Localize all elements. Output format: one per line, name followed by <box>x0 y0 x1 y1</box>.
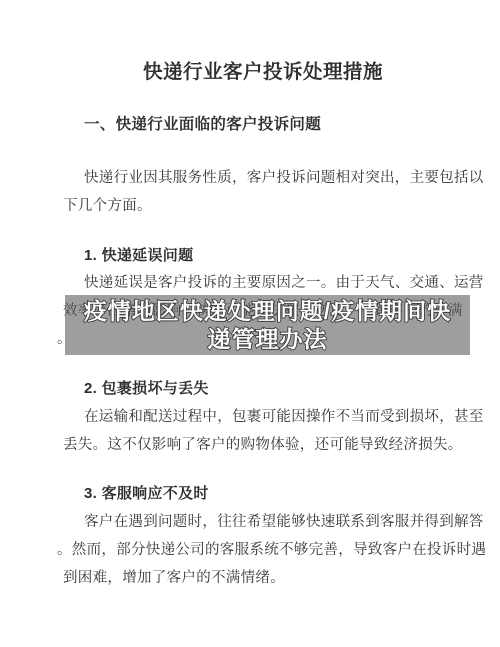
paragraph-line: 。然而，部分快递公司的客服系统不够完善，导致客户在投诉时遇 <box>57 536 471 564</box>
paragraph-line: 快递延误是客户投诉的主要原因之一。由于天气、交通、运营 <box>63 269 471 297</box>
intro-line-1: 快递行业因其服务性质，客户投诉问题相对突出，主要包括以 <box>63 164 471 192</box>
subsection-2-heading: 2. 包裹损坏与丢失 <box>84 376 209 402</box>
document-page: 快递行业客户投诉处理措施 一、快递行业面临的客户投诉问题 快递行业因其服务性质，… <box>0 0 500 647</box>
paragraph-line: 丢失。这不仅影响了客户的购物体验，还可能导致经济损失。 <box>63 431 471 459</box>
watermark-overlay: 疫情地区快递处理问题/疫情期间快 递管理办法 <box>65 295 470 355</box>
intro-line-2: 下几个方面。 <box>63 192 471 220</box>
document-title: 快递行业客户投诉处理措施 <box>63 56 463 88</box>
paragraph-line: 到困难，增加了客户的不满情绪。 <box>63 564 471 592</box>
section-heading: 一、快递行业面临的客户投诉问题 <box>84 112 321 138</box>
subsection-3-paragraph: 客户在遇到问题时，往往希望能够快速联系到客服并得到解答 。然而，部分快递公司的客… <box>63 508 471 592</box>
watermark-text-line-2: 递管理办法 <box>208 325 328 353</box>
subsection-2-paragraph: 在运输和配送过程中，包裹可能因操作不当而受到损坏，甚至 丢失。这不仅影响了客户的… <box>63 403 471 459</box>
subsection-3-heading: 3. 客服响应不及时 <box>84 481 209 507</box>
paragraph-line: 在运输和配送过程中，包裹可能因操作不当而受到损坏，甚至 <box>63 403 471 431</box>
subsection-1-heading: 1. 快递延误问题 <box>84 243 193 269</box>
watermark-text-line-1: 疫情地区快递处理问题/疫情期间快 <box>84 297 451 325</box>
intro-paragraph: 快递行业因其服务性质，客户投诉问题相对突出，主要包括以 下几个方面。 <box>63 164 471 220</box>
paragraph-line: 客户在遇到问题时，往往希望能够快速联系到客服并得到解答 <box>63 508 471 536</box>
